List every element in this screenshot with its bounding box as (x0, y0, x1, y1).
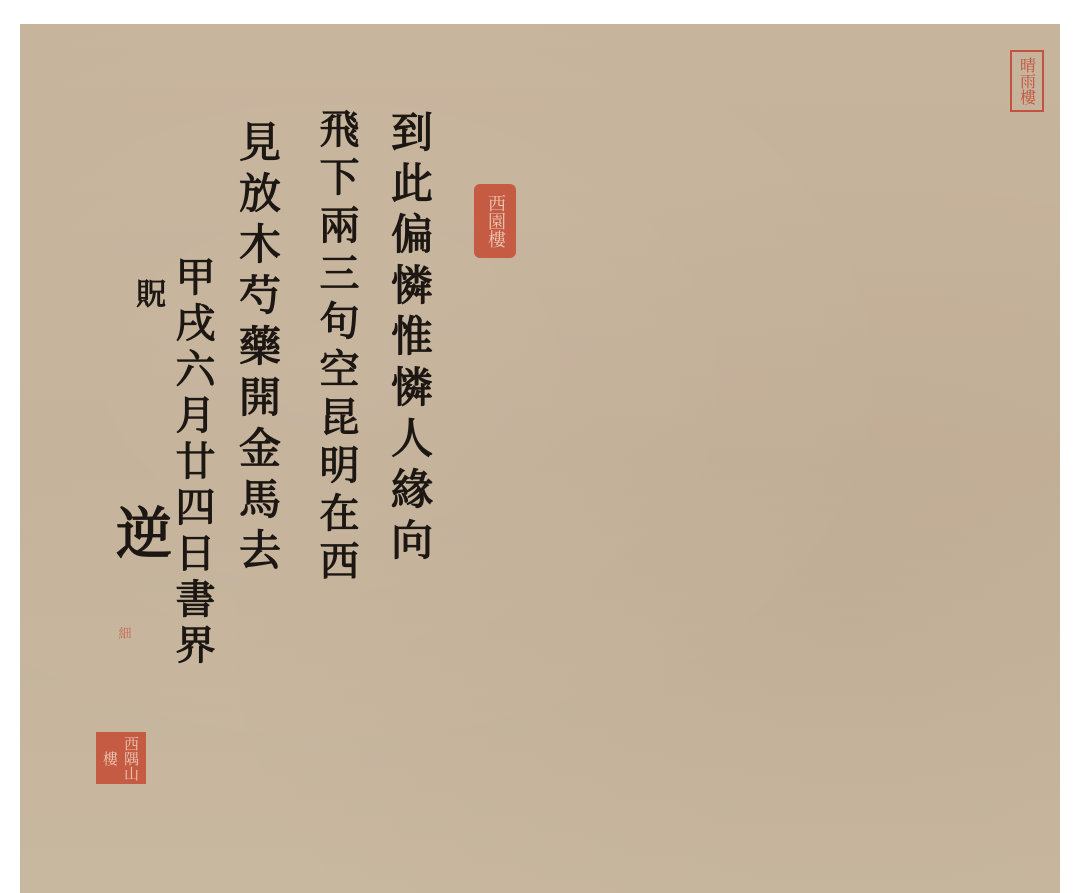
seal-small-name: 細 (112, 624, 138, 640)
text-column-3: 見放木芍藥開金馬去 (236, 120, 278, 579)
text-column-1: 到此偏憐惟憐人緣向 (388, 110, 430, 569)
text-column-5: 貺 (132, 278, 162, 312)
calligraphy-paper: 到此偏憐惟憐人緣向 飛下兩三句空昆明在西 見放木芍藥開金馬去 甲戌六月廿四日書界… (20, 24, 1060, 893)
text-column-4: 甲戌六月廿四日書界 (172, 256, 212, 670)
seal-bottom-left: 西隅山樓 (96, 732, 146, 784)
signature: 逆 (112, 504, 168, 564)
seal-top-right: 晴雨樓 (1010, 50, 1044, 112)
seal-center: 西園樓 (474, 184, 516, 258)
text-column-2: 飛下兩三句空昆明在西 (316, 108, 356, 588)
